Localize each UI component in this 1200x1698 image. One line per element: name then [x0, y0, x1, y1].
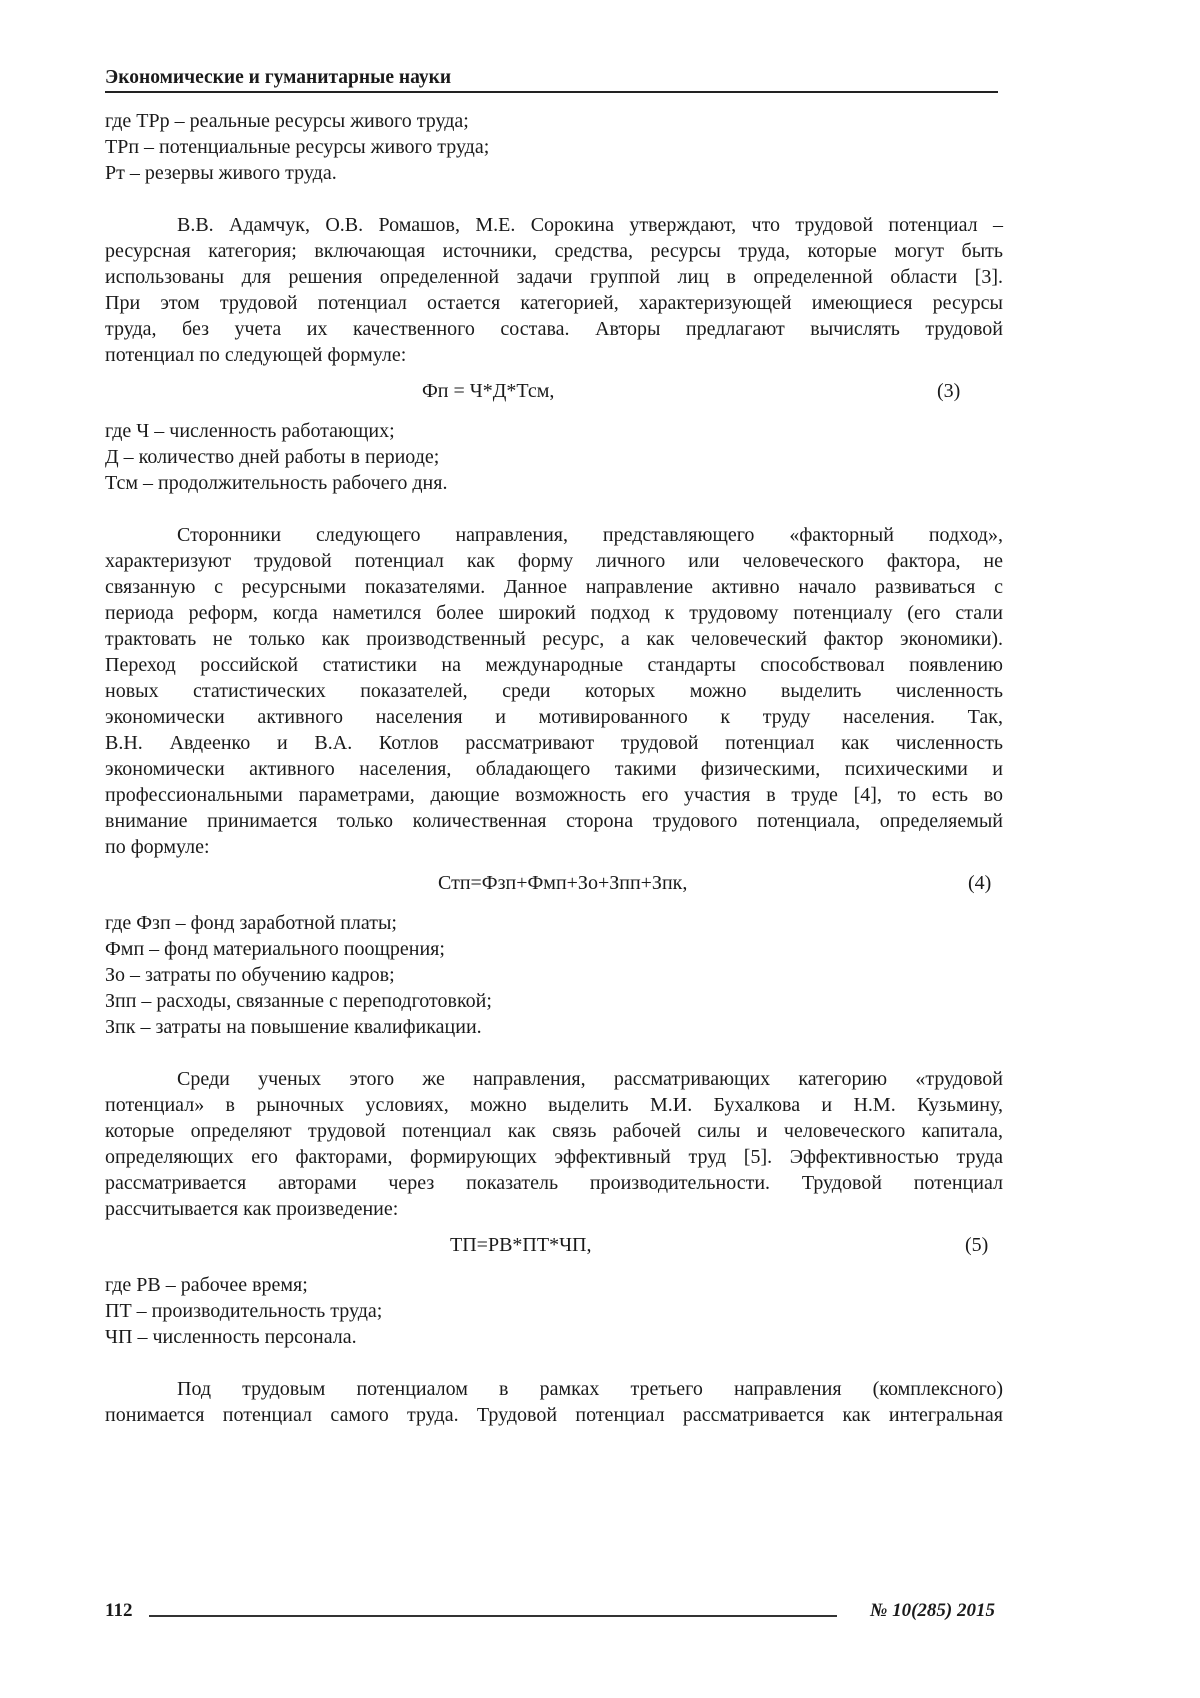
paragraph-line: Переход российской статистики на междуна… [105, 652, 1003, 678]
formula-expression: Фп = Ч*Д*Тсм, [422, 378, 554, 404]
paragraph-line: связанную с ресурсными показателями. Дан… [105, 574, 1003, 600]
journal-section-title: Экономические и гуманитарные науки [105, 67, 451, 88]
paragraph-line: ресурсная категория; включающая источник… [105, 238, 1003, 264]
paragraph-line: экономически активного населения, облада… [105, 756, 1003, 782]
definitions-list-5: где РВ – рабочее время; ПТ – производите… [105, 1272, 1003, 1350]
page-footer: 112 № 10(285) 2015 [105, 1598, 995, 1624]
definition-line: Зо – затраты по обучению кадров; [105, 962, 1003, 988]
footer-rule [149, 1615, 837, 1617]
paragraph-line: экономически активного населения и мотив… [105, 704, 1003, 730]
paragraph-line: новых статистических показателей, среди … [105, 678, 1003, 704]
definition-line: где РВ – рабочее время; [105, 1272, 1003, 1298]
formula-expression: ТП=РВ*ПТ*ЧП, [450, 1232, 592, 1258]
paragraph-adamchuk: В.В. Адамчук, О.В. Ромашов, М.Е. Сорокин… [105, 212, 1003, 368]
definitions-list-4: где Фзп – фонд заработной платы; Фмп – ф… [105, 910, 1003, 1040]
formula-number: (3) [937, 378, 960, 404]
paragraph-line: потенциал» в рыночных условиях, можно вы… [105, 1092, 1003, 1118]
article-body: где ТРр – реальные ресурсы живого труда;… [105, 108, 1003, 1428]
paragraph-line: которые определяют трудовой потенциал ка… [105, 1118, 1003, 1144]
paragraph-complex-approach: Под трудовым потенциалом в рамках третье… [105, 1376, 1003, 1428]
definition-line: где Фзп – фонд заработной платы; [105, 910, 1003, 936]
paragraph-line: внимание принимается только количественн… [105, 808, 1003, 834]
paragraph-line: В.В. Адамчук, О.В. Ромашов, М.Е. Сорокин… [105, 212, 1003, 238]
paragraph-line: При этом трудовой потенциал остается кат… [105, 290, 1003, 316]
definition-line: Фмп – фонд материального поощрения; [105, 936, 1003, 962]
definition-line: ПТ – производительность труда; [105, 1298, 1003, 1324]
page-number: 112 [105, 1598, 132, 1624]
paragraph-line: использованы для решения определенной за… [105, 264, 1003, 290]
paragraph-line: труда, без учета их качественного состав… [105, 316, 1003, 342]
definition-line: ЧП – численность персонала. [105, 1324, 1003, 1350]
formula-number: (5) [965, 1232, 988, 1258]
formula-3: Фп = Ч*Д*Тсм, (3) [105, 378, 1003, 404]
paragraph-line: Сторонники следующего направления, предс… [105, 522, 1003, 548]
definition-line: Рт – резервы живого труда. [105, 160, 1003, 186]
paragraph-line: характеризуют трудовой потенциал как фор… [105, 548, 1003, 574]
formula-4: Стп=Фзп+Фмп+Зо+Зпп+Зпк, (4) [105, 870, 1003, 896]
paragraph-bukhalkov: Среди ученых этого же направления, рассм… [105, 1066, 1003, 1222]
paragraph-line: В.Н. Авдеенко и В.А. Котлов рассматриваю… [105, 730, 1003, 756]
running-header: Экономические и гуманитарные науки [105, 66, 998, 93]
definitions-list-3: где Ч – численность работающих; Д – коли… [105, 418, 1003, 496]
issue-number: № 10(285) 2015 [870, 1598, 995, 1624]
paragraph-line: по формуле: [105, 834, 1003, 860]
paragraph-factor-approach: Сторонники следующего направления, предс… [105, 522, 1003, 860]
definition-line: где ТРр – реальные ресурсы живого труда; [105, 108, 1003, 134]
formula-expression: Стп=Фзп+Фмп+Зо+Зпп+Зпк, [438, 870, 687, 896]
formula-5: ТП=РВ*ПТ*ЧП, (5) [105, 1232, 1003, 1258]
paragraph-line: профессиональными параметрами, дающие во… [105, 782, 1003, 808]
paragraph-line: определяющих его факторами, формирующих … [105, 1144, 1003, 1170]
definition-line: Тсм – продолжительность рабочего дня. [105, 470, 1003, 496]
paragraph-line: потенциал по следующей формуле: [105, 342, 1003, 368]
paragraph-line: рассчитывается как произведение: [105, 1196, 1003, 1222]
definition-line: где Ч – численность работающих; [105, 418, 1003, 444]
formula-number: (4) [968, 870, 991, 896]
definition-line: Зпк – затраты на повышение квалификации. [105, 1014, 1003, 1040]
paragraph-line: рассматривается авторами через показател… [105, 1170, 1003, 1196]
paragraph-line: Под трудовым потенциалом в рамках третье… [105, 1376, 1003, 1402]
paragraph-line: трактовать не только как производственны… [105, 626, 1003, 652]
paragraph-line: понимается потенциал самого труда. Трудо… [105, 1402, 1003, 1428]
paragraph-line: периода реформ, когда наметился более ши… [105, 600, 1003, 626]
definitions-list-1: где ТРр – реальные ресурсы живого труда;… [105, 108, 1003, 186]
paragraph-line: Среди ученых этого же направления, рассм… [105, 1066, 1003, 1092]
definition-line: ТРп – потенциальные ресурсы живого труда… [105, 134, 1003, 160]
definition-line: Д – количество дней работы в периоде; [105, 444, 1003, 470]
definition-line: Зпп – расходы, связанные с переподготовк… [105, 988, 1003, 1014]
